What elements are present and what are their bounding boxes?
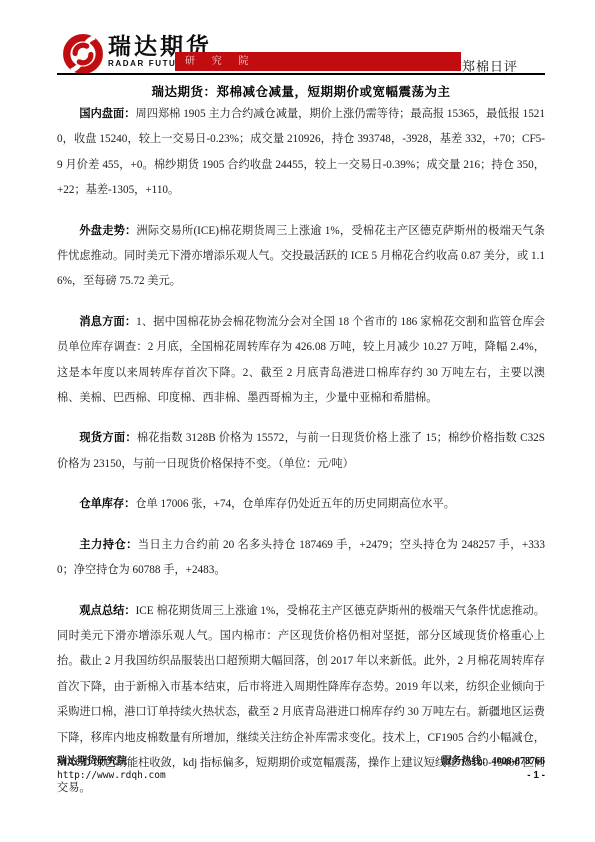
header-rule	[57, 73, 545, 75]
document-page: 瑞达期货 RADAR FUTURES 研 究 院 郑棉日评 瑞达期货：郑棉减仓减…	[0, 0, 595, 842]
footer-hotline: 服务热线：4008-878766	[442, 755, 545, 769]
report-title: 瑞达期货：郑棉减仓减量，短期期价或宽幅震荡为主	[57, 82, 545, 100]
paragraph-news: 消息方面：1、据中国棉花协会棉花物流分会对全国 18 个省市的 186 家棉花交…	[57, 310, 545, 412]
footer-right: 服务热线：4008-878766 - 1 -	[442, 755, 545, 783]
footer-url: http://www.rdqh.com	[57, 769, 166, 783]
paragraph-domestic-market: 国内盘面：周四郑棉 1905 主力合约减仓减量，期价上涨仍需等待；最高报 153…	[57, 102, 545, 204]
footer-left: 瑞达期货研究院 http://www.rdqh.com	[57, 755, 166, 783]
paragraph-label: 仓单库存：	[79, 498, 135, 510]
footer-page-number: - 1 -	[527, 769, 545, 783]
paragraph-label: 国内盘面：	[79, 108, 135, 120]
report-header: 瑞达期货 RADAR FUTURES 研 究 院 郑棉日评	[0, 0, 595, 80]
paragraph-label: 现货方面：	[79, 432, 136, 444]
paragraph-external-market: 外盘走势：洲际交易所(ICE)棉花期货周三上涨逾 1%，受棉花主产区德克萨斯州的…	[57, 219, 545, 295]
paragraph-label: 消息方面：	[79, 316, 136, 328]
report-footer: 瑞达期货研究院 http://www.rdqh.com 服务热线：4008-87…	[57, 755, 545, 783]
paragraph-text: 仓单 17006 张，+74，仓单库存仍处近五年的历史同期高位水平。	[135, 498, 455, 510]
paragraph-label: 观点总结：	[79, 605, 135, 617]
paragraph-text: 周四郑棉 1905 主力合约减仓减量，期价上涨仍需等待；最高报 15365，最低…	[57, 108, 545, 196]
paragraph-label: 主力持仓：	[79, 539, 137, 551]
report-body: 国内盘面：周四郑棉 1905 主力合约减仓减量，期价上涨仍需等待；最高报 153…	[57, 102, 545, 817]
research-institute-ribbon: 研 究 院	[175, 52, 461, 71]
paragraph-spot-market: 现货方面：棉花指数 3128B 价格为 15572，与前一日现货价格上涨了 15…	[57, 426, 545, 477]
paragraph-warehouse-receipts: 仓单库存：仓单 17006 张，+74，仓单库存仍处近五年的历史同期高位水平。	[57, 492, 545, 517]
paragraph-text: 1、据中国棉花协会棉花物流分会对全国 18 个省市的 186 家棉花交割和监管仓…	[57, 316, 545, 404]
paragraph-main-positions: 主力持仓：当日主力合约前 20 名多头持仓 187469 手，+2479；空头持…	[57, 533, 545, 584]
radar-futures-logo-icon	[62, 33, 104, 75]
paragraph-label: 外盘走势：	[79, 225, 136, 237]
footer-org: 瑞达期货研究院	[57, 755, 166, 769]
